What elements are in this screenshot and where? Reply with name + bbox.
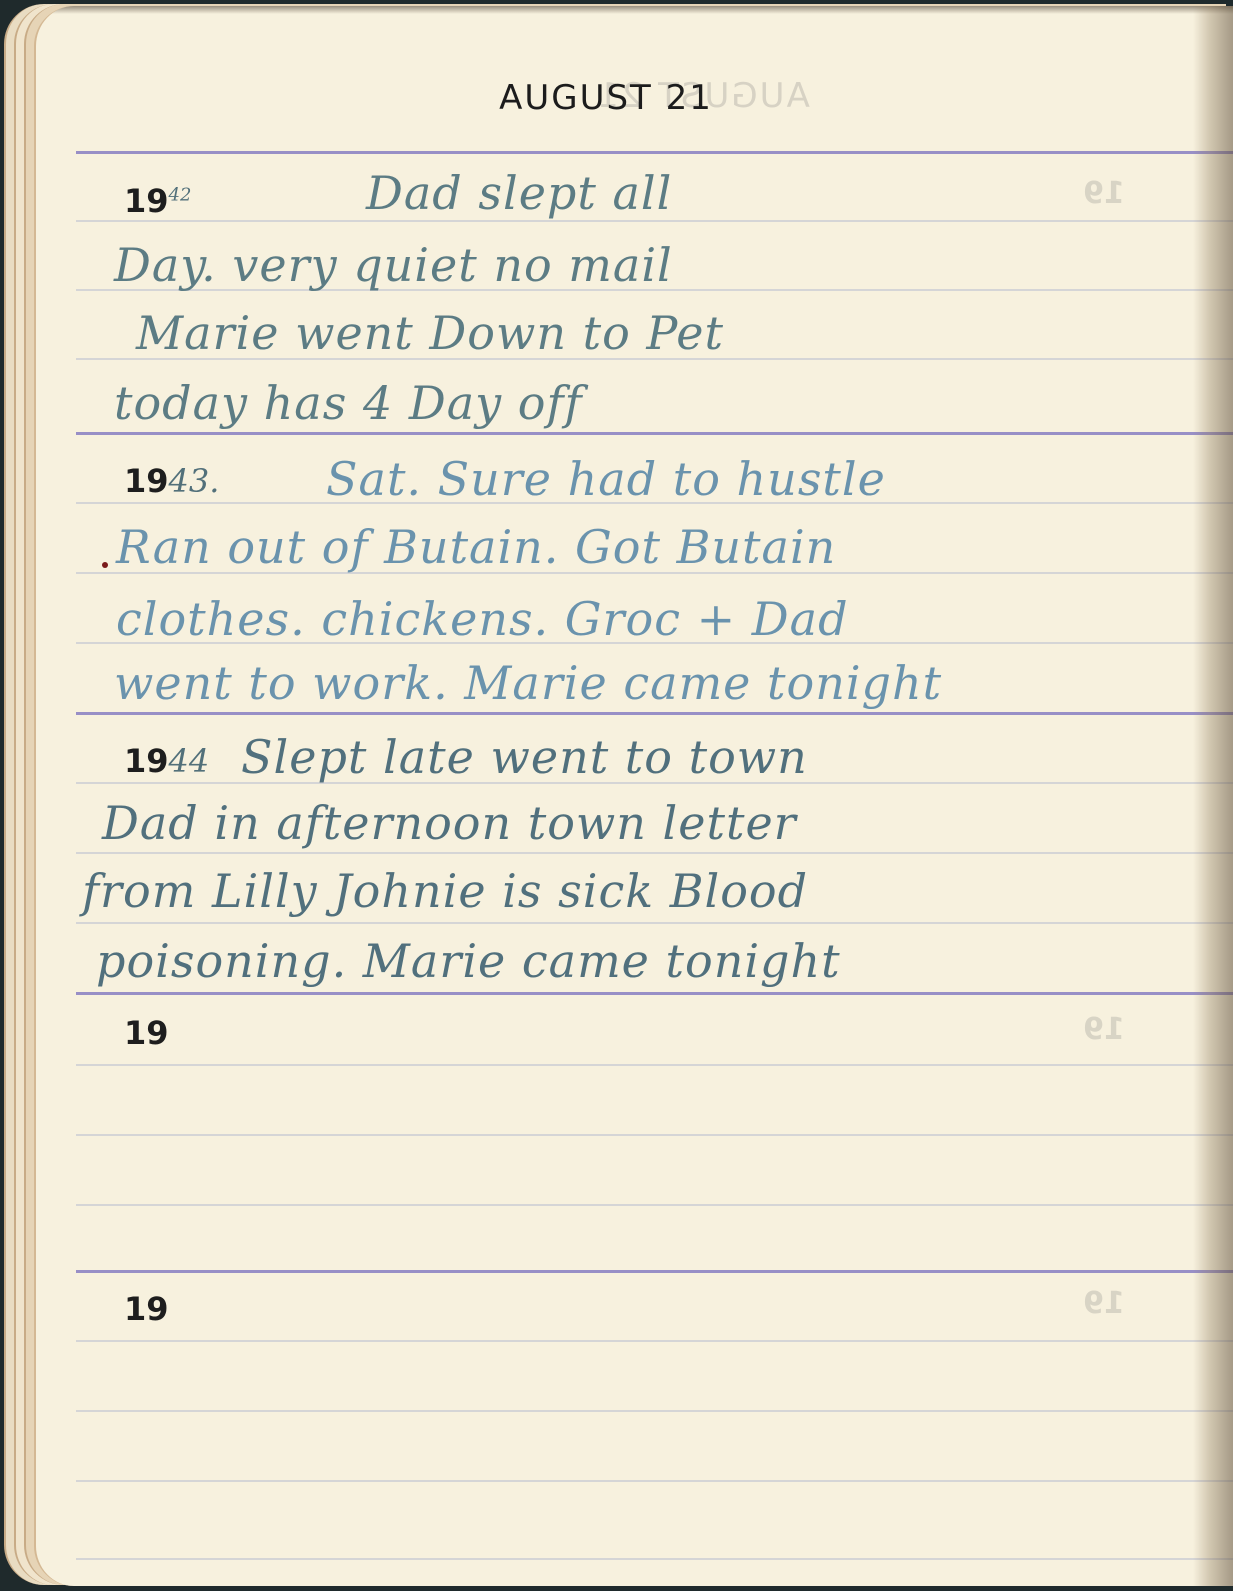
ink-blot [102,562,108,568]
year-handwritten: 42 [169,184,192,205]
section-divider [76,151,1233,154]
section-divider [76,1270,1233,1273]
entry-1944-line: Dad in afternoon town letter [102,796,797,850]
top-shadow [36,6,1233,14]
year-printed: 19 [124,1014,169,1052]
ruled-line [76,1064,1233,1066]
entry-1944-line: Slept late went to town [241,730,808,784]
ruled-line [76,1340,1233,1342]
entry-1942-line: Day. very quiet no mail [114,238,673,292]
entry-1942-line: Dad slept all [366,166,672,220]
year-printed: 19 [124,182,169,220]
entry-1943-line: Sat. Sure had to hustle [326,452,886,506]
entry-year-blank: 19 [124,1014,169,1052]
entry-year-1942: 1942 [124,182,191,220]
ruled-line [76,852,1233,854]
year-printed: 19 [124,742,169,780]
year-handwritten: 44 [169,742,210,780]
diary-page: AUGUST 21 AUGUST 21 19 19 19 1942 Dad sl… [34,6,1233,1586]
entry-1944-line: from Lilly Johnie is sick Blood [82,864,808,918]
section-divider [76,432,1233,435]
section-divider [76,992,1233,995]
year-printed: 19 [124,462,169,500]
bleedthrough-year: 19 [1083,1286,1125,1321]
ruled-line [76,220,1233,222]
entry-1943-line: went to work. Marie came tonight [114,656,942,710]
entry-1944-line: poisoning. Marie came tonight [96,934,841,988]
ruled-line [76,1204,1233,1206]
entry-1943-line: clothes. chickens. Groc + Dad [116,592,849,646]
section-divider [76,712,1233,715]
entry-year-1943: 1943. [124,462,219,500]
year-handwritten: 43. [169,462,220,500]
year-printed: 19 [124,1290,169,1328]
bleedthrough-year: 19 [1083,1012,1125,1047]
entry-1943-line: Ran out of Butain. Got Butain [116,520,836,574]
date-header: AUGUST 21 [36,78,1176,118]
ruled-line [76,1480,1233,1482]
ruled-line [76,1558,1233,1560]
entry-1942-line: today has 4 Day off [114,376,583,430]
bleedthrough-year: 19 [1083,176,1125,211]
ruled-line [76,1410,1233,1412]
ruled-line [76,1134,1233,1136]
binding-gutter-shadow [1193,6,1233,1586]
entry-year-blank: 19 [124,1290,169,1328]
entry-year-1944: 1944 [124,742,209,780]
entry-1942-line: Marie went Down to Pet [136,306,724,360]
ruled-line [76,922,1233,924]
